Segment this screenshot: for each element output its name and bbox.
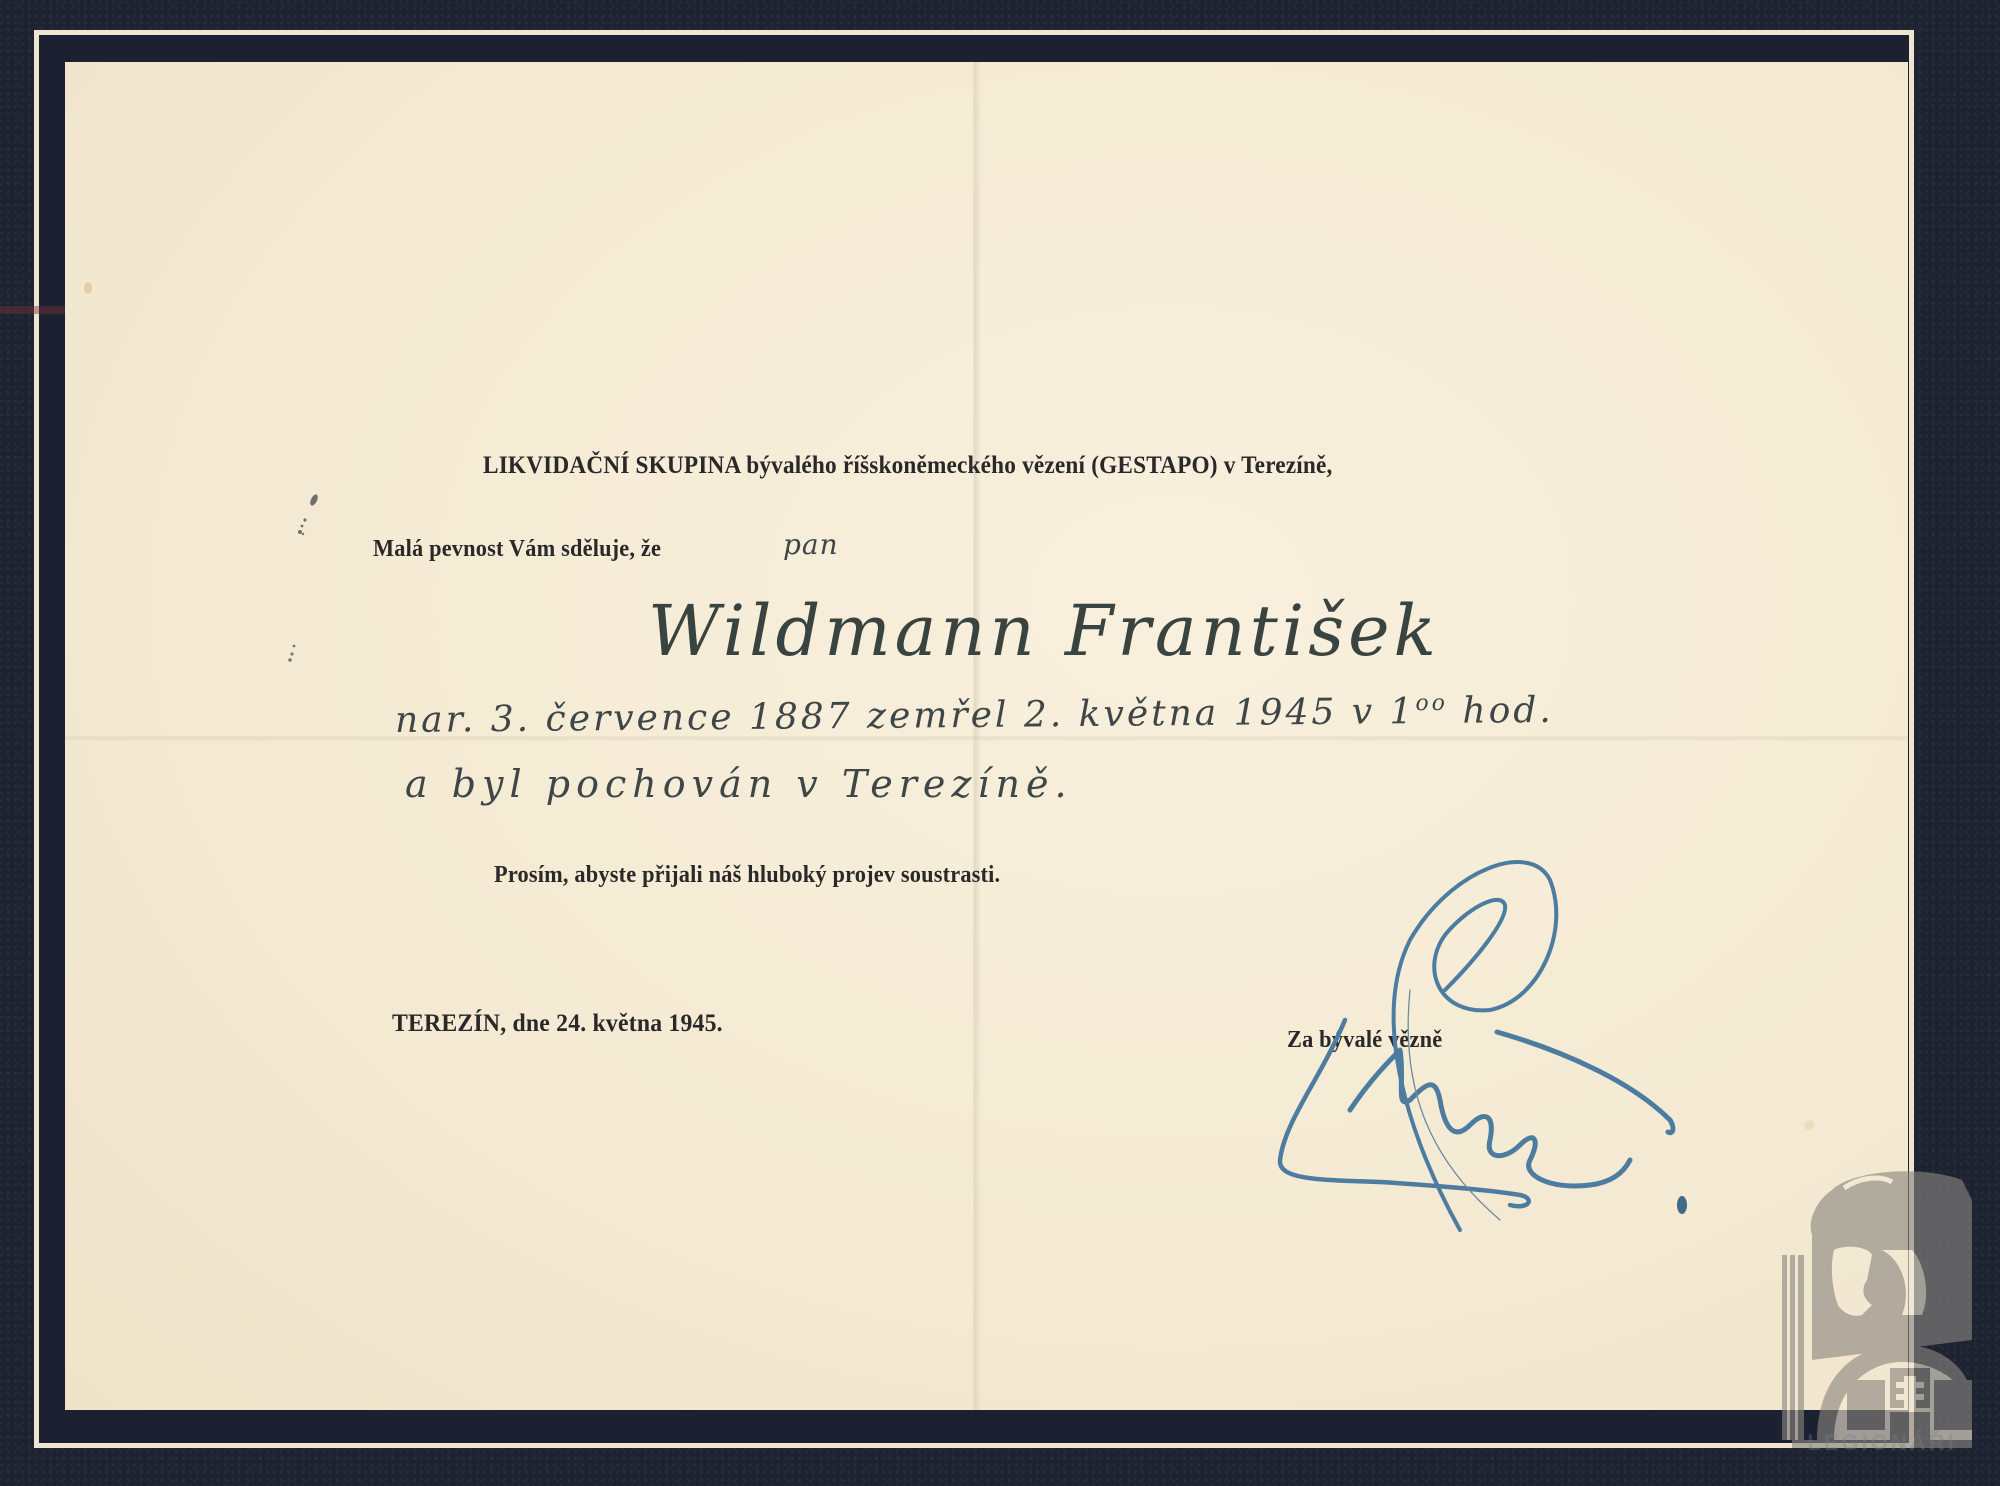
ink-marks bbox=[280, 640, 310, 680]
legionnaire-watermark bbox=[1772, 1140, 1982, 1470]
ink-marks bbox=[290, 490, 330, 570]
handwritten-burial: a byl pochován v Terezíně. bbox=[405, 762, 1073, 806]
watermark-label: LEGIONÁŘI bbox=[1787, 1430, 1977, 1456]
edge-mark bbox=[0, 306, 65, 314]
paper-stain bbox=[84, 282, 92, 294]
signoff-line: Za bývalé vězně bbox=[1287, 1027, 1442, 1054]
heading-bold: LIKVIDAČNÍ SKUPINA bbox=[483, 452, 740, 479]
heading-line: LIKVIDAČNÍ SKUPINA bývalého říšskoněmeck… bbox=[483, 452, 1333, 480]
handwritten-name: Wildmann František bbox=[648, 590, 1440, 672]
dates-hour-sup: oo bbox=[1415, 691, 1448, 716]
place-date: TEREZÍN, dne 24. května 1945. bbox=[392, 1010, 723, 1038]
heading-rest: bývalého říšskoněmeckého vězení (GESTAPO… bbox=[740, 452, 1332, 479]
paper-stain bbox=[1804, 1120, 1814, 1130]
handwritten-title: pan bbox=[783, 528, 839, 561]
dates-tail: hod. bbox=[1448, 690, 1554, 732]
paper-card bbox=[65, 62, 1908, 1410]
announcement-line: Malá pevnost Vám sděluje, že bbox=[373, 536, 661, 563]
condolence-line: Prosím, abyste přijali náš hluboký proje… bbox=[494, 862, 1000, 889]
